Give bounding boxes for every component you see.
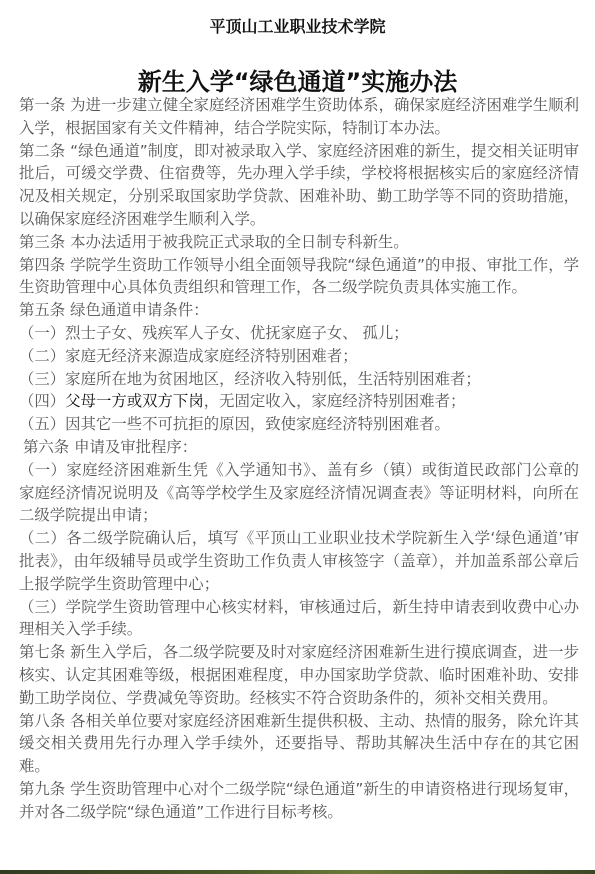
article-7: 第七条 新生入学后，各二级学院要及时对家庭经济困难新生进行摸底调查，进一步核实、… — [19, 641, 579, 709]
article-1: 第一条 为进一步建立健全家庭经济困难学生资助体系，确保家庭经济困难学生顺利入学，… — [19, 94, 579, 140]
article-6-item-1: （一）家庭经济困难新生凭《入学通知书》、盖有乡（镇）或街道民政部门公章的家庭经济… — [19, 459, 579, 527]
article-6-item-3: （三）学院学生资助管理中心核实材料，审核通过后，新生持申请表到收费中心办理相关入… — [19, 596, 579, 642]
article-6-item-2: （二）各二级学院确认后，填写《平顶山工业职业技术学院新生入学‘绿色通道’审批表》… — [19, 527, 579, 595]
article-6-heading: 第六条 申请及审批程序： — [19, 436, 579, 459]
item-4-prefix: （四） — [19, 392, 65, 410]
article-3: 第三条 本办法适用于被我院正式录取的全日制专科新生。 — [19, 231, 579, 254]
item-4-rest: ，无固定收入，家庭经济特别困难者； — [204, 392, 466, 410]
document-title: 新生入学“绿色通道”实施办法 — [0, 62, 595, 97]
article-2: 第二条 “绿色通道”制度，即对被录取入学、家庭经济困难的新生，提交相关证明审批后… — [19, 140, 579, 231]
article-9: 第九条 学生资助管理中心对个二级学院“绿色通道”新生的申请资格进行现场复审，并对… — [19, 778, 579, 824]
school-name: 平顶山工业职业技术学院 — [0, 14, 595, 37]
bottom-image-edge — [0, 870, 595, 874]
article-5-item-3: （三）家庭所在地为贫困地区，经济收入特别低，生活特别困难者； — [19, 368, 579, 391]
article-5-item-1: （一）烈士子女、残疾军人子女、优抚家庭子女、 孤儿； — [19, 322, 579, 345]
article-4: 第四条 学院学生资助工作领导小组全面领导我院“绿色通道”的申报、审批工作，学生资… — [19, 254, 579, 300]
article-8: 第八条 各相关单位要对家庭经济困难新生提供积极、主动、热情的服务，除允许其缓交相… — [19, 710, 579, 778]
article-5-item-4: （四）父母一方或双方下岗，无固定收入，家庭经济特别困难者； — [19, 390, 579, 413]
article-5-item-2: （二）家庭无经济来源造成家庭经济特别困难者； — [19, 345, 579, 368]
document-body: 第一条 为进一步建立健全家庭经济困难学生资助体系，确保家庭经济困难学生顺利入学，… — [19, 94, 579, 824]
article-5-heading: 第五条 绿色通道申请条件： — [19, 299, 579, 322]
article-5-item-5: （五）因其它一些不可抗拒的原因，致使家庭经济特别困难者。 — [19, 413, 579, 436]
item-4-highlight: 父母一方或双方下岗 — [65, 392, 204, 410]
